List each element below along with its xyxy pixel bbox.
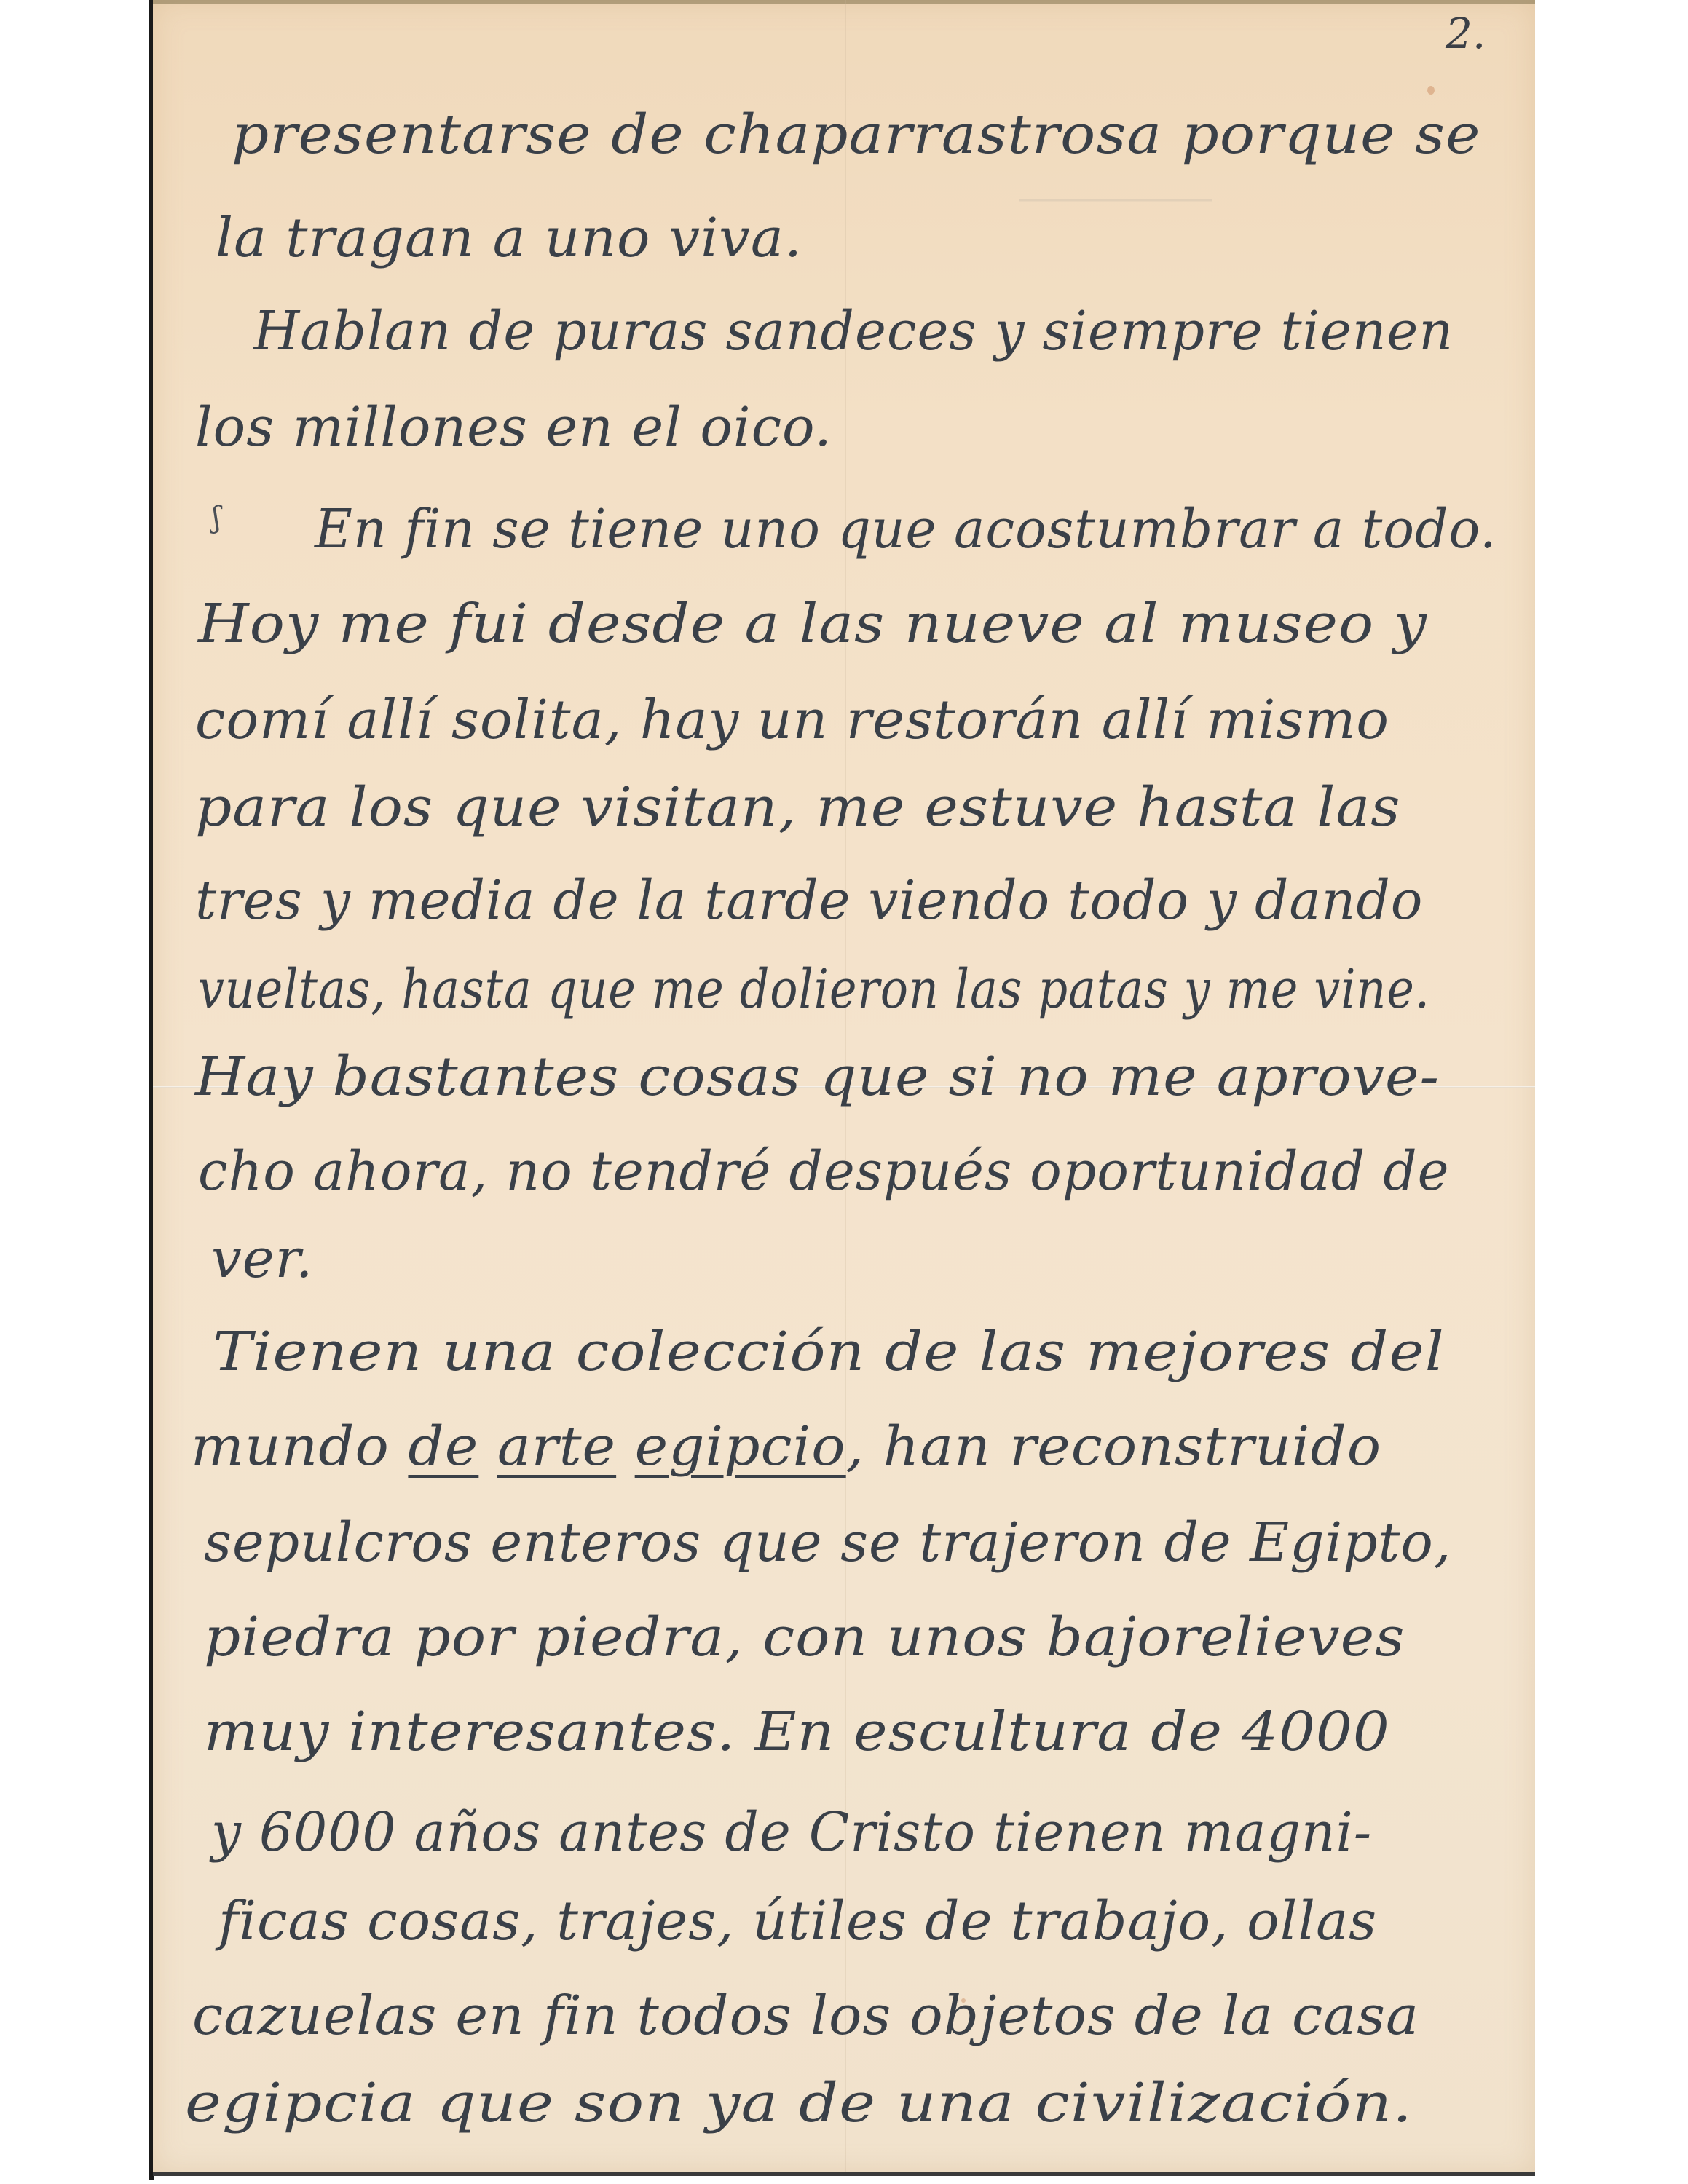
letter-line: Hoy me fui desde a las nueve al museo y	[198, 597, 1427, 651]
letter-line: cho ahora, no tendré después oportunidad…	[198, 1144, 1450, 1198]
letter-line: piedra por piedra, con unos bajorelieves	[204, 1610, 1405, 1664]
letter-line: los millones en el oico.	[195, 400, 832, 454]
letter-body: presentarse de chaparrastrosa porque se …	[0, 0, 1688, 2184]
letter-line: para los que visitan, me estuve hasta la…	[195, 780, 1401, 834]
underlined-word: arte	[497, 1415, 616, 1478]
line-text	[478, 1415, 497, 1478]
line-text: mundo	[191, 1415, 408, 1478]
letter-line: sepulcros enteros que se trajeron de Egi…	[204, 1516, 1451, 1570]
underlined-word: de	[408, 1415, 478, 1478]
letter-line: ver.	[211, 1232, 313, 1286]
letter-line: Tienen una colección de las mejores del	[213, 1325, 1445, 1379]
letter-line: En fin se tiene uno que acostumbrar a to…	[315, 502, 1496, 556]
letter-line: la tragan a uno viva.	[216, 211, 802, 265]
letter-line: y 6000 años antes de Cristo tienen magni…	[211, 1805, 1372, 1859]
letter-line: vueltas, hasta que me dolieron las patas…	[198, 962, 1430, 1016]
letter-line: presentarse de chaparrastrosa porque se	[232, 108, 1480, 162]
letter-line: cazuelas en fin todos los objetos de la …	[192, 1989, 1419, 2043]
letter-line: Hablan de puras sandeces y siempre tiene…	[253, 304, 1454, 358]
letter-line: egipcia que son ya de una civilización.	[185, 2076, 1413, 2130]
letter-line: mundo de arte egipcio, han reconstruido	[191, 1420, 1381, 1473]
letter-line: Hay bastantes cosas que si no me aprove-	[195, 1050, 1440, 1104]
line-text: , han reconstruido	[846, 1415, 1381, 1478]
letter-line: comí allí solita, hay un restorán allí m…	[195, 693, 1389, 747]
underlined-word: egipcio	[635, 1415, 846, 1478]
letter-line: muy interesantes. En escultura de 4000	[204, 1705, 1390, 1759]
letter-line: tres y media de la tarde viendo todo y d…	[195, 874, 1423, 927]
letter-line: ficas cosas, trajes, útiles de trabajo, …	[218, 1894, 1377, 1948]
line-text	[616, 1415, 635, 1478]
